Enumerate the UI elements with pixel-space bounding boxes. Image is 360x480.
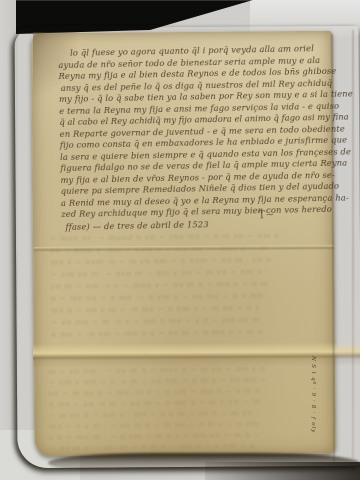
ink-flourish-mark: T~ [258,207,275,221]
scanner-shadow-bottom-right [205,462,360,480]
archival-vertical-note: N S t qº · 9 · 8 · f oly [304,356,316,464]
manuscript-scan: ~ mvn nr ·~ mund n vn ~ rnn mv ~ n·m vn … [0,0,360,480]
bleedthrough-lower-block: m ~ vn nm · ~ nv m n ~ mnv n ~ m vn ~ nm… [48,362,335,454]
manuscript-text-block: lo q̃l fuese yo agora quanto q̃l i porq̃… [58,43,330,233]
